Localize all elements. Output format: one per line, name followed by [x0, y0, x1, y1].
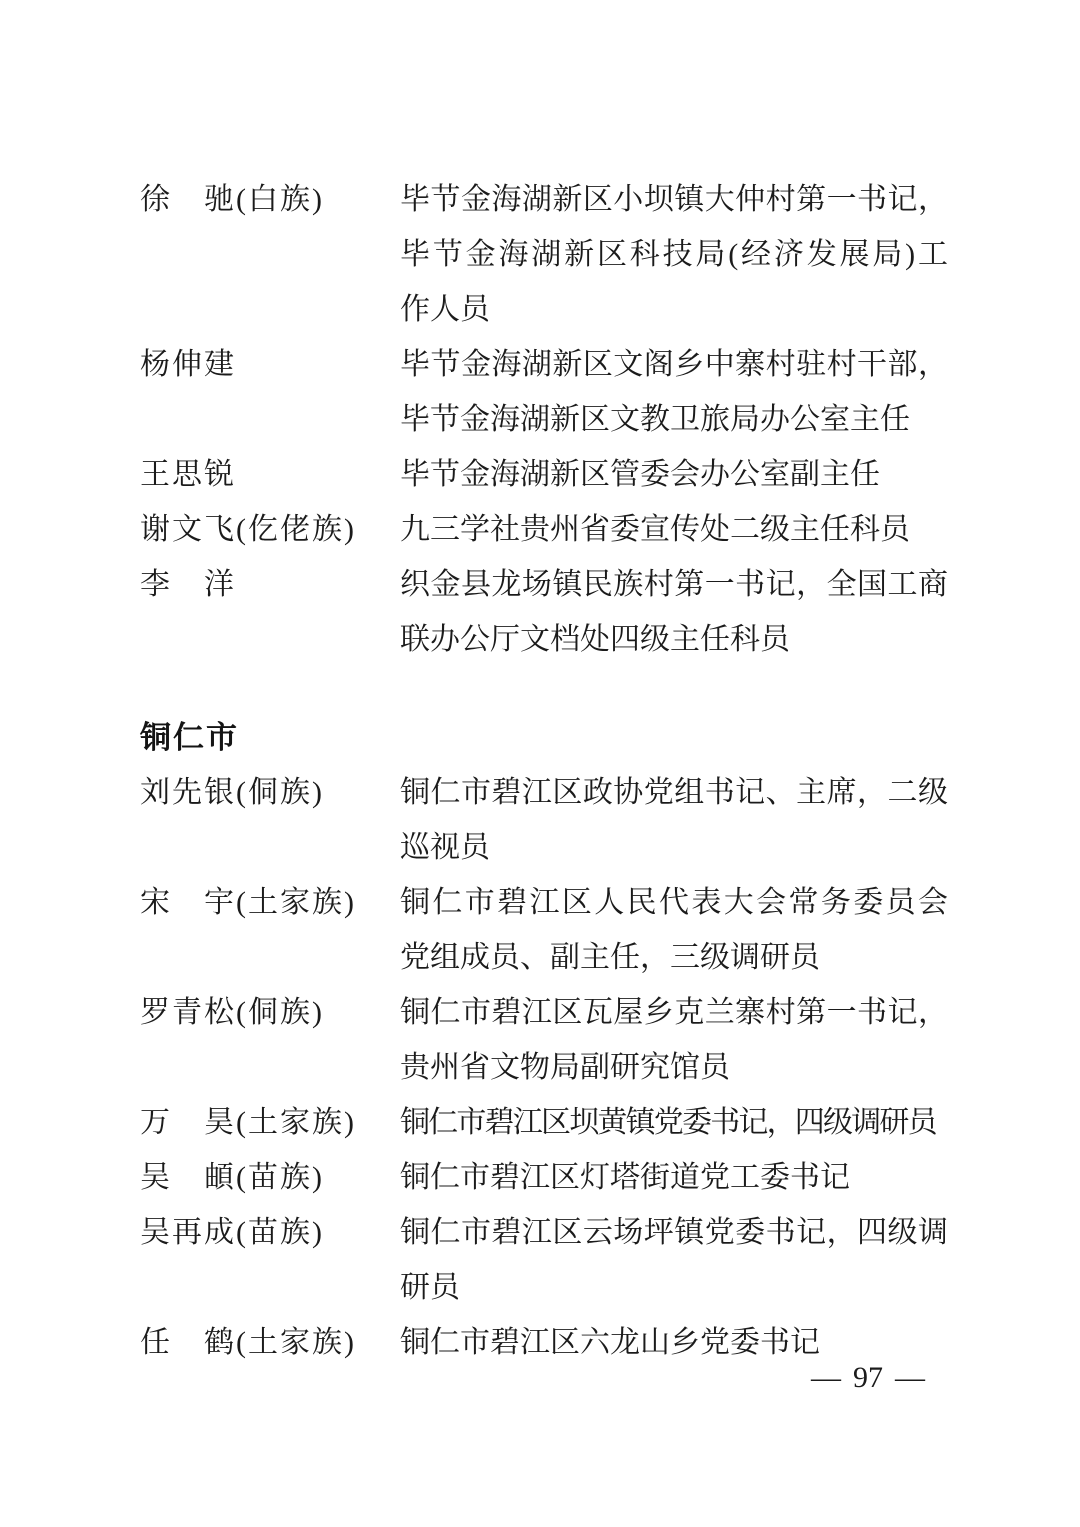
document-page: 徐 驰(白族)毕节金海湖新区小坝镇大仲村第一书记，毕节金海湖新区科技局(经济发展…: [0, 0, 1080, 1527]
entry-position: 毕节金海湖新区管委会办公室副主任: [400, 447, 948, 502]
entry-name: 王思锐: [140, 447, 400, 502]
entry-position-line: 铜仁市碧江区政协党组书记、主席，二级: [400, 765, 948, 820]
entry-position: 织金县龙场镇民族村第一书记，全国工商联办公厅文档处四级主任科员: [400, 557, 948, 667]
entry-position-line: 铜仁市碧江区坝黄镇党委书记，四级调研员: [400, 1095, 948, 1150]
entry-position: 铜仁市碧江区坝黄镇党委书记，四级调研员: [400, 1095, 948, 1150]
entry-position-line: 作人员: [400, 282, 948, 337]
section-header: 铜仁市: [140, 710, 948, 765]
entry-name: 任 鹤(土家族): [140, 1315, 400, 1370]
entry-position-line: 毕节金海湖新区科技局(经济发展局)工: [400, 227, 948, 282]
entry-name: 万 昊(土家族): [140, 1095, 400, 1150]
entry-position-line: 铜仁市碧江区云场坪镇党委书记，四级调: [400, 1205, 948, 1260]
entry-position-line: 毕节金海湖新区小坝镇大仲村第一书记，: [400, 172, 948, 227]
roster-entry: 刘先银(侗族)铜仁市碧江区政协党组书记、主席，二级巡视员: [140, 765, 948, 875]
page-number-value: 97: [853, 1361, 883, 1394]
page-number-dash-right: —: [895, 1361, 925, 1394]
entry-name: 吴 頔(苗族): [140, 1150, 400, 1205]
roster-list: 徐 驰(白族)毕节金海湖新区小坝镇大仲村第一书记，毕节金海湖新区科技局(经济发展…: [140, 172, 948, 1370]
entry-name: 徐 驰(白族): [140, 172, 400, 227]
entry-position-line: 联办公厅文档处四级主任科员: [400, 612, 948, 667]
entry-position-line: 巡视员: [400, 820, 948, 875]
roster-entry: 王思锐毕节金海湖新区管委会办公室副主任: [140, 447, 948, 502]
entry-position: 毕节金海湖新区文阁乡中寨村驻村干部，毕节金海湖新区文教卫旅局办公室主任: [400, 337, 948, 447]
entry-position-line: 研员: [400, 1260, 948, 1315]
roster-entry: 罗青松(侗族)铜仁市碧江区瓦屋乡克兰寨村第一书记，贵州省文物局副研究馆员: [140, 985, 948, 1095]
page-number-dash-left: —: [811, 1361, 841, 1394]
entry-name: 杨伸建: [140, 337, 400, 392]
entry-position-line: 毕节金海湖新区管委会办公室副主任: [400, 447, 948, 502]
roster-entry: 宋 宇(土家族)铜仁市碧江区人民代表大会常务委员会党组成员、副主任，三级调研员: [140, 875, 948, 985]
entry-name: 吴再成(苗族): [140, 1205, 400, 1260]
roster-entry: 吴再成(苗族)铜仁市碧江区云场坪镇党委书记，四级调研员: [140, 1205, 948, 1315]
entry-name: 刘先银(侗族): [140, 765, 400, 820]
roster-entry: 杨伸建毕节金海湖新区文阁乡中寨村驻村干部，毕节金海湖新区文教卫旅局办公室主任: [140, 337, 948, 447]
entry-position: 铜仁市碧江区灯塔街道党工委书记: [400, 1150, 948, 1205]
entry-position-line: 九三学社贵州省委宣传处二级主任科员: [400, 502, 948, 557]
roster-entry: 李 洋织金县龙场镇民族村第一书记，全国工商联办公厅文档处四级主任科员: [140, 557, 948, 667]
entry-position: 铜仁市碧江区瓦屋乡克兰寨村第一书记，贵州省文物局副研究馆员: [400, 985, 948, 1095]
entry-position-line: 党组成员、副主任，三级调研员: [400, 930, 948, 985]
entry-position-line: 毕节金海湖新区文教卫旅局办公室主任: [400, 392, 948, 447]
entry-position-line: 铜仁市碧江区灯塔街道党工委书记: [400, 1150, 948, 1205]
entry-name: 李 洋: [140, 557, 400, 612]
entry-position: 铜仁市碧江区人民代表大会常务委员会党组成员、副主任，三级调研员: [400, 875, 948, 985]
entry-position: 毕节金海湖新区小坝镇大仲村第一书记，毕节金海湖新区科技局(经济发展局)工作人员: [400, 172, 948, 337]
entry-position-line: 织金县龙场镇民族村第一书记，全国工商: [400, 557, 948, 612]
entry-position: 铜仁市碧江区政协党组书记、主席，二级巡视员: [400, 765, 948, 875]
entry-name: 宋 宇(土家族): [140, 875, 400, 930]
roster-entry: 徐 驰(白族)毕节金海湖新区小坝镇大仲村第一书记，毕节金海湖新区科技局(经济发展…: [140, 172, 948, 337]
entry-position-line: 铜仁市碧江区瓦屋乡克兰寨村第一书记，: [400, 985, 948, 1040]
entry-position-line: 毕节金海湖新区文阁乡中寨村驻村干部，: [400, 337, 948, 392]
entry-position-line: 贵州省文物局副研究馆员: [400, 1040, 948, 1095]
entry-position: 九三学社贵州省委宣传处二级主任科员: [400, 502, 948, 557]
roster-entry: 吴 頔(苗族)铜仁市碧江区灯塔街道党工委书记: [140, 1150, 948, 1205]
roster-entry: 谢文飞(仡佬族)九三学社贵州省委宣传处二级主任科员: [140, 502, 948, 557]
entry-name: 谢文飞(仡佬族): [140, 502, 400, 557]
roster-entry: 万 昊(土家族)铜仁市碧江区坝黄镇党委书记，四级调研员: [140, 1095, 948, 1150]
entry-name: 罗青松(侗族): [140, 985, 400, 1040]
page-footer: —97—: [700, 1350, 1036, 1405]
entry-position-line: 铜仁市碧江区人民代表大会常务委员会: [400, 875, 948, 930]
entry-position: 铜仁市碧江区云场坪镇党委书记，四级调研员: [400, 1205, 948, 1315]
